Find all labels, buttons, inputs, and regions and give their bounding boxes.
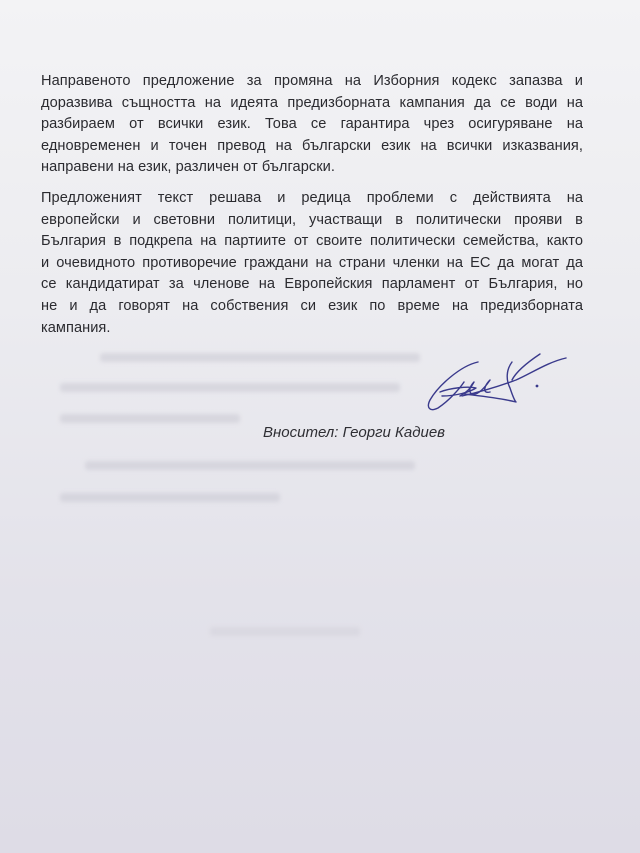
paragraph-2: Предложеният текст решава и редица пробл… bbox=[41, 188, 583, 339]
paragraph-line: европейски и световни политици, участващ… bbox=[41, 210, 583, 232]
paragraph-line: кампания. bbox=[41, 318, 583, 340]
paragraph-line: Предложеният текст решава и редица пробл… bbox=[41, 188, 583, 210]
paragraph-1: Направеното предложение за промяна на Из… bbox=[41, 71, 583, 179]
paragraph-line: не и да говорят на собствения си език по… bbox=[41, 296, 583, 318]
bleed-through-mark bbox=[210, 627, 360, 636]
bleed-through-mark bbox=[85, 461, 415, 470]
paragraph-line: Направеното предложение за промяна на Из… bbox=[41, 71, 583, 93]
document-page: Направеното предложение за промяна на Из… bbox=[0, 0, 640, 853]
signatory-caption: Вносител: Георги Кадиев bbox=[263, 424, 445, 441]
paragraph-line: разбираем от всички език. Това се гарант… bbox=[41, 114, 583, 136]
bleed-through-mark bbox=[60, 414, 240, 423]
paragraph-line: доразвива същността на идеята предизборн… bbox=[41, 93, 583, 115]
bleed-through-mark bbox=[60, 493, 280, 502]
paragraph-line: направени на език, различен от български… bbox=[41, 157, 583, 179]
handwritten-signature-icon bbox=[420, 352, 570, 422]
paragraph-line: България в подкрепа на партиите от своит… bbox=[41, 231, 583, 253]
bleed-through-mark bbox=[60, 383, 400, 392]
paragraph-line: и очевидното противоречие граждани на ст… bbox=[41, 253, 583, 275]
paragraph-line: се кандидатират за членове на Европейски… bbox=[41, 274, 583, 296]
paragraph-line: едновременен и точен превод на български… bbox=[41, 136, 583, 158]
bleed-through-mark bbox=[100, 353, 420, 362]
